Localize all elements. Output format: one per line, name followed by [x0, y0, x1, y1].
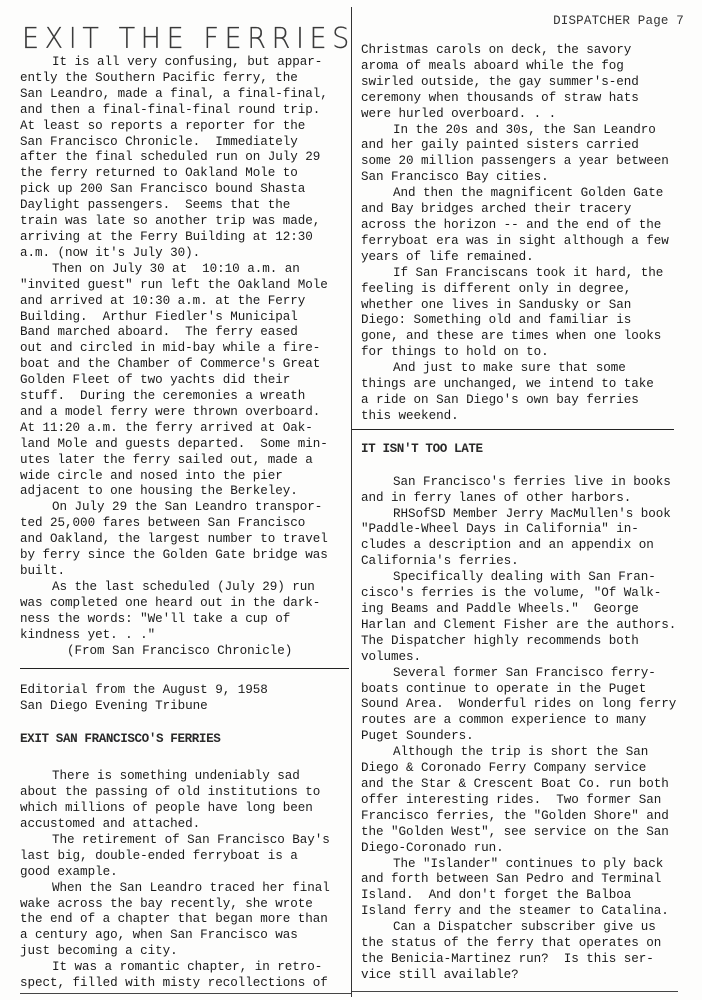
text-line: for things to hold on to. [361, 345, 701, 361]
text-line: the end of a chapter that began more tha… [20, 912, 350, 928]
text-line: ted 25,000 fares between San Francisco [20, 516, 350, 532]
text-line: arriving at the Ferry Building at 12:30 [20, 230, 350, 246]
text-line: and in ferry lanes of other harbors. [361, 491, 701, 507]
editorial-source: Editorial from the August 9, 1958 [20, 683, 350, 699]
text-line: last big, double-ended ferryboat is a [20, 849, 350, 865]
page-header: DISPATCHER Page 7 [553, 14, 684, 28]
text-line: just becoming a city. [20, 944, 350, 960]
text-line: Daylight passengers. Seems that the [20, 198, 350, 214]
text-line: boat and the Chamber of Commerce's Great [20, 357, 350, 373]
text-line: routes are a common experience to many [361, 713, 701, 729]
text-line: good example. [20, 865, 350, 881]
text-line: cludes a description and an appendix on [361, 538, 701, 554]
text-line: San Francisco Chronicle. Immediately [20, 135, 350, 151]
text-line: a ride on San Diego's own bay ferries [361, 393, 701, 409]
section-rule [20, 668, 349, 669]
text-line: Island. And don't forget the Balboa [361, 888, 701, 904]
article-credit: (From San Francisco Chronicle) [20, 644, 350, 660]
right-column: Christmas carols on deck, the savoryarom… [361, 43, 701, 984]
text-line: Golden Fleet of two yachts did their [20, 373, 350, 389]
text-line: the status of the ferry that operates on [361, 936, 701, 952]
text-line: Puget Sounders. [361, 729, 701, 745]
text-line: about the passing of old institutions to [20, 785, 350, 801]
text-line: Specifically dealing with San Fran- [361, 570, 701, 586]
text-line: Building. Arthur Fiedler's Municipal [20, 310, 350, 326]
editorial-continued-body: Christmas carols on deck, the savoryarom… [361, 43, 701, 425]
text-line: California's ferries. [361, 554, 701, 570]
editorial-publication: San Diego Evening Tribune [20, 699, 350, 715]
text-line: gone, and these are times when one looks [361, 329, 701, 345]
text-line: boats continue to operate in the Puget [361, 682, 701, 698]
text-line: the Benicia-Martinez run? Is this ser- [361, 952, 701, 968]
text-line: It was a romantic chapter, in retro- [20, 960, 350, 976]
text-line: which millions of people have long been [20, 801, 350, 817]
text-line: the "Golden West", see service on the Sa… [361, 825, 701, 841]
text-line: wake across the bay recently, she wrote [20, 897, 350, 913]
text-line: ently the Southern Pacific ferry, the [20, 71, 350, 87]
text-line: Then on July 30 at 10:10 a.m. an [20, 262, 350, 278]
text-line: whether one lives in Sandusky or San [361, 298, 701, 314]
text-line: Christmas carols on deck, the savory [361, 43, 701, 59]
text-line: Band marched aboard. The ferry eased [20, 325, 350, 341]
text-line: adjacent to one housing the Berkeley. [20, 484, 350, 500]
newsletter-page: DISPATCHER Page 7 EXIT THE FERRIES It is… [0, 0, 702, 1000]
text-line: and Bay bridges arched their tracery [361, 202, 701, 218]
text-line: And just to make sure that some [361, 361, 701, 377]
text-line: vice still available? [361, 968, 701, 984]
text-line: some 20 million passengers a year betwee… [361, 154, 701, 170]
text-line: pick up 200 San Francisco bound Shasta [20, 182, 350, 198]
text-line: utes later the ferry sailed out, made a [20, 453, 350, 469]
editorial-heading: EXIT SAN FRANCISCO'S FERRIES [20, 731, 350, 747]
text-line: At least so reports a reporter for the [20, 119, 350, 135]
text-line: "invited guest" run left the Oakland Mol… [20, 278, 350, 294]
text-line: The retirement of San Francisco Bay's [20, 833, 350, 849]
text-line: As the last scheduled (July 29) run [20, 580, 350, 596]
text-line: "Paddle-Wheel Days in California" in- [361, 522, 701, 538]
text-line: Harlan and Clement Fisher are the author… [361, 618, 701, 634]
article-body-2: San Francisco's ferries live in booksand… [361, 475, 701, 984]
text-line: ceremony when thousands of straw hats [361, 91, 701, 107]
text-line: years of life remained. [361, 250, 701, 266]
editorial-body: There is something undeniably sadabout t… [20, 769, 350, 992]
text-line: And then the magnificent Golden Gate [361, 186, 701, 202]
left-column: EXIT THE FERRIES It is all very confusin… [20, 24, 350, 992]
text-line: On July 29 the San Leandro transpor- [20, 500, 350, 516]
text-line: built. [20, 564, 350, 580]
text-line: cisco's ferries is the volume, "Of Walk- [361, 586, 701, 602]
text-line: San Francisco Bay cities. [361, 170, 701, 186]
text-line: There is something undeniably sad [20, 769, 350, 785]
text-line: out and circled in mid-bay while a fire- [20, 341, 350, 357]
text-line: San Francisco's ferries live in books [361, 475, 701, 491]
text-line: across the horizon -- and the end of the [361, 218, 701, 234]
article-title: EXIT THE FERRIES [22, 24, 350, 56]
text-line: and arrived at 10:30 a.m. at the Ferry [20, 294, 350, 310]
bottom-rule [352, 991, 678, 992]
text-line: and a model ferry were thrown overboard. [20, 405, 350, 421]
text-line: and forth between San Pedro and Terminal [361, 872, 701, 888]
text-line: kindness yet. . ." [20, 628, 350, 644]
column-divider [351, 7, 352, 997]
text-line: Diego: Something old and familiar is [361, 313, 701, 329]
text-line: and Oakland, the largest number to trave… [20, 532, 350, 548]
text-line: Diego-Coronado run. [361, 841, 701, 857]
text-line: RHSofSD Member Jerry MacMullen's book [361, 507, 701, 523]
text-line: things are unchanged, we intend to take [361, 377, 701, 393]
text-line: the ferry returned to Oakland Mole to [20, 166, 350, 182]
article-heading: IT ISN'T TOO LATE [361, 441, 701, 457]
text-line: spect, filled with misty recollections o… [20, 976, 350, 992]
text-line: swirled outside, the gay summer's-end [361, 75, 701, 91]
text-line: The "Islander" continues to ply back [361, 857, 701, 873]
text-line: In the 20s and 30s, the San Leandro [361, 123, 701, 139]
text-line: If San Franciscans took it hard, the [361, 266, 701, 282]
text-line: offer interesting rides. Two former San [361, 793, 701, 809]
text-line: ferryboat era was in sight although a fe… [361, 234, 701, 250]
text-line: aroma of meals aboard while the fog [361, 59, 701, 75]
text-line: and the Star & Crescent Boat Co. run bot… [361, 777, 701, 793]
article-body: It is all very confusing, but appar-entl… [20, 55, 350, 644]
text-line: land Mole and guests departed. Some min- [20, 437, 350, 453]
text-line: and then a final-final-final round trip. [20, 103, 350, 119]
text-line: ing Beams and Paddle Wheels." George [361, 602, 701, 618]
text-line: Several former San Francisco ferry- [361, 666, 701, 682]
text-line: Can a Dispatcher subscriber give us [361, 920, 701, 936]
text-line: The Dispatcher highly recommends both [361, 634, 701, 650]
text-line: ness the words: "We'll take a cup of [20, 612, 350, 628]
text-line: Francisco ferries, the "Golden Shore" an… [361, 809, 701, 825]
text-line: stuff. During the ceremonies a wreath [20, 389, 350, 405]
text-line: a.m. (now it's July 30). [20, 246, 350, 262]
text-line: this weekend. [361, 409, 701, 425]
text-line: accustomed and attached. [20, 817, 350, 833]
bottom-rule [20, 993, 351, 994]
text-line: Diego & Coronado Ferry Company service [361, 761, 701, 777]
text-line: feeling is different only in degree, [361, 282, 701, 298]
text-line: Although the trip is short the San [361, 745, 701, 761]
text-line: San Leandro, made a final, a final-final… [20, 87, 350, 103]
section-rule [352, 429, 674, 430]
text-line: volumes. [361, 650, 701, 666]
text-line: were hurled overboard. . . [361, 107, 701, 123]
text-line: At 11:20 a.m. the ferry arrived at Oak- [20, 421, 350, 437]
text-line: by ferry since the Golden Gate bridge wa… [20, 548, 350, 564]
text-line: wide circle and nosed into the pier [20, 469, 350, 485]
text-line: It is all very confusing, but appar- [20, 55, 350, 71]
text-line: a century ago, when San Francisco was [20, 928, 350, 944]
text-line: Island ferry and the steamer to Catalina… [361, 904, 701, 920]
text-line: train was late so another trip was made, [20, 214, 350, 230]
text-line: was completed one heard out in the dark- [20, 596, 350, 612]
text-line: after the final scheduled run on July 29 [20, 150, 350, 166]
text-line: Sound Area. Wonderful rides on long ferr… [361, 697, 701, 713]
text-line: and her gaily painted sisters carried [361, 138, 701, 154]
text-line: When the San Leandro traced her final [20, 881, 350, 897]
